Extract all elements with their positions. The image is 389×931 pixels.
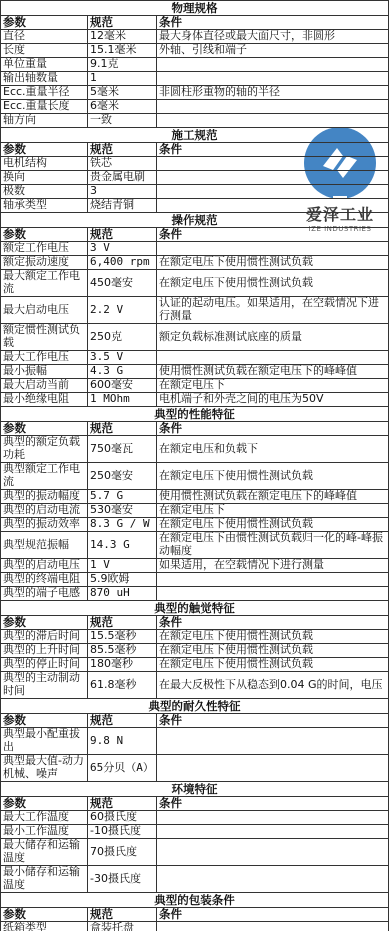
table-row: 最大额定工作电流450毫安在额定电压下使用惯性测试负载	[1, 270, 389, 297]
section-header: 典型的包装条件	[1, 893, 389, 908]
condition-cell	[157, 199, 389, 213]
column-header-param: 参数	[1, 616, 88, 630]
spec-cell: 60摄氏度	[88, 811, 157, 825]
param-cell: 换向	[1, 171, 88, 185]
spec-cell: 1	[88, 72, 157, 86]
spec-cell: 12毫米	[88, 30, 157, 44]
condition-cell: 非圆柱形重物的轴的半径	[157, 86, 389, 100]
spec-cell: 5毫米	[88, 86, 157, 100]
condition-cell: 在最大反极性下从稳态到0.04 G的时间，电压	[157, 672, 389, 699]
column-header-param: 参数	[1, 143, 88, 157]
table-row: 额定惯性测试负载250克额定负载标准测试底座的质量	[1, 324, 389, 351]
table-row: 典型的振动幅度5.7 G使用惯性测试负载在额定电压下的峰峰值	[1, 490, 389, 504]
column-header-param: 参数	[1, 714, 88, 728]
table-row: 典型最大值-动力机械、噪声65分贝（A）	[1, 755, 389, 782]
table-row: 典型的终端电阻5.9欧姆	[1, 573, 389, 587]
column-header-spec: 规范	[88, 143, 157, 157]
spec-cell: -30摄氏度	[88, 866, 157, 893]
table-row: 换向贵金属电刷	[1, 171, 389, 185]
param-cell: 极数	[1, 185, 88, 199]
condition-cell	[157, 573, 389, 587]
condition-cell	[157, 728, 389, 755]
condition-cell: 在额定电压下使用惯性测试负载	[157, 463, 389, 490]
condition-cell: 在额定电压下使用惯性测试负载	[157, 644, 389, 658]
condition-cell	[157, 242, 389, 256]
spec-cell: 1 V	[88, 559, 157, 573]
param-cell: 典型的启动电流	[1, 504, 88, 518]
param-cell: 典型的振动效率	[1, 518, 88, 532]
spec-cell: 14.3 G	[88, 532, 157, 559]
param-cell: 典型额定工作电流	[1, 463, 88, 490]
table-row: 额定工作电压3 V	[1, 242, 389, 256]
spec-cell: 铁芯	[88, 157, 157, 171]
param-cell: 最大启动当前	[1, 379, 88, 393]
column-header-condition: 条件	[157, 143, 389, 157]
table-row: Ecc.重量长度6毫米	[1, 100, 389, 114]
condition-cell: 最大身体直径或最大面尺寸，非圆形	[157, 30, 389, 44]
column-header-condition: 条件	[157, 616, 389, 630]
param-cell: 最大额定工作电流	[1, 270, 88, 297]
param-cell: 最大启动电压	[1, 297, 88, 324]
condition-cell	[157, 72, 389, 86]
param-cell: 典型的额定负载功耗	[1, 436, 88, 463]
condition-cell: 在额定电压下	[157, 379, 389, 393]
spec-cell: 2.2 V	[88, 297, 157, 324]
table-row: 最大启动电压2.2 V认证的起动电压。如果适用，在空载情况下进行测量	[1, 297, 389, 324]
condition-cell	[157, 922, 389, 931]
table-row: 最小储存和运输温度-30摄氏度	[1, 866, 389, 893]
table-row: 典型最小配重拔出9.8 N	[1, 728, 389, 755]
condition-cell: 电机端子和外壳之间的电压为50V	[157, 393, 389, 407]
param-cell: Ecc.重量长度	[1, 100, 88, 114]
spec-cell: 870 uH	[88, 587, 157, 601]
column-header-param: 参数	[1, 908, 88, 922]
condition-cell: 认证的起动电压。如果适用，在空载情况下进行测量	[157, 297, 389, 324]
section-header: 典型的耐久性特征	[1, 699, 389, 714]
column-header-row: 参数规范条件	[1, 714, 389, 728]
param-cell: 额定工作电压	[1, 242, 88, 256]
spec-cell: 盒装托盘	[88, 922, 157, 931]
section-title: 操作规范	[1, 213, 389, 228]
param-cell: 输出轴数量	[1, 72, 88, 86]
param-cell: 典型的启动电压	[1, 559, 88, 573]
param-cell: 最小振幅	[1, 365, 88, 379]
spec-cell: 3	[88, 185, 157, 199]
condition-cell: 如果适用，在空载情况下进行测量	[157, 559, 389, 573]
spec-cell: 15.5毫秒	[88, 630, 157, 644]
table-row: 典型额定工作电流250毫安在额定电压下使用惯性测试负载	[1, 463, 389, 490]
spec-cell: 530毫安	[88, 504, 157, 518]
spec-cell: 4.3 G	[88, 365, 157, 379]
spec-cell: 750毫瓦	[88, 436, 157, 463]
condition-cell: 在额定电压下使用惯性测试负载	[157, 270, 389, 297]
spec-cell: 3 V	[88, 242, 157, 256]
column-header-row: 参数规范条件	[1, 797, 389, 811]
section-title: 典型的包装条件	[1, 893, 389, 908]
column-header-condition: 条件	[157, 422, 389, 436]
param-cell: 直径	[1, 30, 88, 44]
table-row: 最小绝缘电阻1 MOhm电机端子和外壳之间的电压为50V	[1, 393, 389, 407]
param-cell: 最大工作电压	[1, 351, 88, 365]
spec-cell: 5.7 G	[88, 490, 157, 504]
spec-cell: 9.8 N	[88, 728, 157, 755]
section-title: 典型的耐久性特征	[1, 699, 389, 714]
param-cell: 典型的滞后时间	[1, 630, 88, 644]
param-cell: 典型的主动制动时间	[1, 672, 88, 699]
table-row: 直径12毫米最大身体直径或最大面尺寸，非圆形	[1, 30, 389, 44]
column-header-row: 参数规范条件	[1, 16, 389, 30]
table-row: 典型的启动电流530毫安在额定电压下	[1, 504, 389, 518]
condition-cell: 使用惯性测试负载在额定电压下的峰峰值	[157, 365, 389, 379]
condition-cell: 在额定电压和负载下	[157, 436, 389, 463]
table-row: 最大工作温度60摄氏度	[1, 811, 389, 825]
section-header: 操作规范	[1, 213, 389, 228]
param-cell: 典型规范振幅	[1, 532, 88, 559]
table-row: 最大启动当前600毫安在额定电压下	[1, 379, 389, 393]
column-header-param: 参数	[1, 422, 88, 436]
table-row: 典型规范振幅14.3 G在额定电压下由惯性测试负载归一化的峰-峰振动幅度	[1, 532, 389, 559]
column-header-param: 参数	[1, 797, 88, 811]
param-cell: 额定惯性测试负载	[1, 324, 88, 351]
column-header-condition: 条件	[157, 714, 389, 728]
condition-cell	[157, 114, 389, 128]
spec-cell: 3.5 V	[88, 351, 157, 365]
spec-cell: -10摄氏度	[88, 825, 157, 839]
table-row: 极数3	[1, 185, 389, 199]
spec-cell: 450毫安	[88, 270, 157, 297]
param-cell: 典型的终端电阻	[1, 573, 88, 587]
param-cell: 典型最大值-动力机械、噪声	[1, 755, 88, 782]
table-row: 轴方向一致	[1, 114, 389, 128]
table-row: 典型的端子电感870 uH	[1, 587, 389, 601]
param-cell: 典型的端子电感	[1, 587, 88, 601]
condition-cell	[157, 185, 389, 199]
column-header-spec: 规范	[88, 422, 157, 436]
column-header-spec: 规范	[88, 714, 157, 728]
table-row: 典型的上升时间85.5毫秒在额定电压下使用惯性测试负载	[1, 644, 389, 658]
param-cell: 轴方向	[1, 114, 88, 128]
param-cell: 纸箱类型	[1, 922, 88, 931]
table-row: 典型的主动制动时间61.8毫秒在最大反极性下从稳态到0.04 G的时间，电压	[1, 672, 389, 699]
section-header: 典型的性能特征	[1, 407, 389, 422]
param-cell: 典型的上升时间	[1, 644, 88, 658]
spec-cell: 烧结青铜	[88, 199, 157, 213]
param-cell: Ecc.重量半径	[1, 86, 88, 100]
table-row: 典型的滞后时间15.5毫秒在额定电压下使用惯性测试负载	[1, 630, 389, 644]
param-cell: 长度	[1, 44, 88, 58]
condition-cell: 使用惯性测试负载在额定电压下的峰峰值	[157, 490, 389, 504]
spec-table: 物理规格参数规范条件直径12毫米最大身体直径或最大面尺寸，非圆形长度15.1毫米…	[0, 0, 389, 931]
condition-cell: 额定负载标准测试底座的质量	[157, 324, 389, 351]
column-header-spec: 规范	[88, 228, 157, 242]
table-row: Ecc.重量半径5毫米非圆柱形重物的轴的半径	[1, 86, 389, 100]
section-header: 物理规格	[1, 1, 389, 16]
spec-cell: 1 MOhm	[88, 393, 157, 407]
spec-cell: 85.5毫秒	[88, 644, 157, 658]
section-title: 施工规范	[1, 128, 389, 143]
condition-cell: 在额定电压下使用惯性测试负载	[157, 658, 389, 672]
column-header-spec: 规范	[88, 616, 157, 630]
table-row: 典型的启动电压1 V如果适用，在空载情况下进行测量	[1, 559, 389, 573]
section-title: 典型的性能特征	[1, 407, 389, 422]
column-header-condition: 条件	[157, 797, 389, 811]
condition-cell	[157, 351, 389, 365]
condition-cell: 在额定电压下	[157, 504, 389, 518]
param-cell: 最小绝缘电阻	[1, 393, 88, 407]
section-title: 典型的触觉特征	[1, 601, 389, 616]
section-header: 典型的触觉特征	[1, 601, 389, 616]
column-header-spec: 规范	[88, 908, 157, 922]
condition-cell	[157, 839, 389, 866]
spec-cell: 600毫安	[88, 379, 157, 393]
condition-cell	[157, 587, 389, 601]
section-header: 环境特征	[1, 782, 389, 797]
table-row: 最大储存和运输温度70摄氏度	[1, 839, 389, 866]
table-row: 额定振动速度6,400 rpm在额定电压下使用惯性测试负载	[1, 256, 389, 270]
column-header-spec: 规范	[88, 797, 157, 811]
table-row: 典型的停止时间180毫秒在额定电压下使用惯性测试负载	[1, 658, 389, 672]
condition-cell	[157, 100, 389, 114]
spec-cell: 180毫秒	[88, 658, 157, 672]
table-row: 典型的振动效率8.3 G / W在额定电压下使用惯性测试负载	[1, 518, 389, 532]
table-row: 输出轴数量1	[1, 72, 389, 86]
column-header-param: 参数	[1, 228, 88, 242]
param-cell: 电机结构	[1, 157, 88, 171]
condition-cell	[157, 171, 389, 185]
param-cell: 典型的振动幅度	[1, 490, 88, 504]
param-cell: 典型最小配重拔出	[1, 728, 88, 755]
condition-cell	[157, 825, 389, 839]
condition-cell: 在额定电压下使用惯性测试负载	[157, 518, 389, 532]
spec-cell: 6,400 rpm	[88, 256, 157, 270]
table-row: 最小振幅4.3 G使用惯性测试负载在额定电压下的峰峰值	[1, 365, 389, 379]
condition-cell	[157, 755, 389, 782]
column-header-row: 参数规范条件	[1, 908, 389, 922]
spec-cell: 8.3 G / W	[88, 518, 157, 532]
param-cell: 典型的停止时间	[1, 658, 88, 672]
spec-cell: 61.8毫秒	[88, 672, 157, 699]
table-row: 最小工作温度-10摄氏度	[1, 825, 389, 839]
spec-cell: 5.9欧姆	[88, 573, 157, 587]
condition-cell	[157, 811, 389, 825]
condition-cell: 在额定电压下使用惯性测试负载	[157, 630, 389, 644]
condition-cell: 在额定电压下由惯性测试负载归一化的峰-峰振动幅度	[157, 532, 389, 559]
table-row: 纸箱类型盒装托盘	[1, 922, 389, 931]
condition-cell	[157, 866, 389, 893]
table-row: 单位重量9.1克	[1, 58, 389, 72]
param-cell: 最大储存和运输温度	[1, 839, 88, 866]
table-row: 典型的额定负载功耗750毫瓦在额定电压和负载下	[1, 436, 389, 463]
spec-cell: 250克	[88, 324, 157, 351]
param-cell: 最小储存和运输温度	[1, 866, 88, 893]
param-cell: 最大工作温度	[1, 811, 88, 825]
table-row: 轴承类型烧结青铜	[1, 199, 389, 213]
condition-cell	[157, 157, 389, 171]
table-row: 最大工作电压3.5 V	[1, 351, 389, 365]
section-title: 物理规格	[1, 1, 389, 16]
spec-cell: 贵金属电刷	[88, 171, 157, 185]
param-cell: 轴承类型	[1, 199, 88, 213]
column-header-row: 参数规范条件	[1, 228, 389, 242]
section-header: 施工规范	[1, 128, 389, 143]
column-header-condition: 条件	[157, 16, 389, 30]
param-cell: 最小工作温度	[1, 825, 88, 839]
param-cell: 额定振动速度	[1, 256, 88, 270]
column-header-condition: 条件	[157, 908, 389, 922]
column-header-param: 参数	[1, 16, 88, 30]
condition-cell	[157, 58, 389, 72]
spec-cell: 250毫安	[88, 463, 157, 490]
spec-cell: 65分贝（A）	[88, 755, 157, 782]
param-cell: 单位重量	[1, 58, 88, 72]
spec-cell: 70摄氏度	[88, 839, 157, 866]
table-row: 电机结构铁芯	[1, 157, 389, 171]
condition-cell: 在额定电压下使用惯性测试负载	[157, 256, 389, 270]
column-header-row: 参数规范条件	[1, 143, 389, 157]
column-header-row: 参数规范条件	[1, 422, 389, 436]
section-title: 环境特征	[1, 782, 389, 797]
condition-cell: 外轴、引线和端子	[157, 44, 389, 58]
column-header-row: 参数规范条件	[1, 616, 389, 630]
table-row: 长度15.1毫米外轴、引线和端子	[1, 44, 389, 58]
spec-cell: 15.1毫米	[88, 44, 157, 58]
spec-cell: 一致	[88, 114, 157, 128]
spec-cell: 9.1克	[88, 58, 157, 72]
spec-cell: 6毫米	[88, 100, 157, 114]
column-header-spec: 规范	[88, 16, 157, 30]
column-header-condition: 条件	[157, 228, 389, 242]
